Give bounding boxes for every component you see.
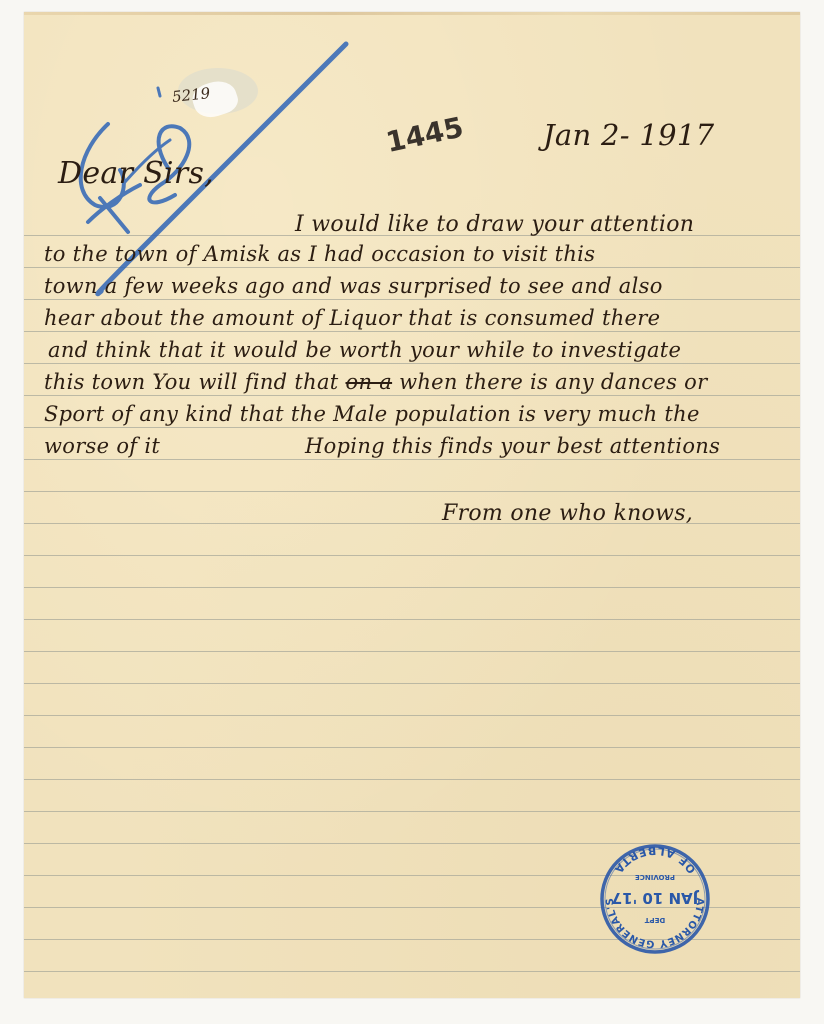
body-line-8: worse of it xyxy=(44,434,160,458)
body-line-6: this town You will find that on a when t… xyxy=(44,370,707,394)
body-line-6-start: this town You will find that xyxy=(44,370,339,394)
received-stamp: ATTORNEY GENERAL'S DEPT JAN 10 '17 PROVI… xyxy=(599,843,711,955)
body-line-6-end: when there is any dances or xyxy=(399,370,707,394)
stamp-dept: DEPT xyxy=(645,916,666,924)
salutation: Dear Sirs, xyxy=(58,156,214,191)
stamp-province: PROVINCE xyxy=(635,873,675,881)
closing-signature: From one who knows, xyxy=(442,501,693,526)
body-line-2: to the town of Amisk as I had occasion t… xyxy=(44,242,595,266)
body-line-1: I would like to draw your attention xyxy=(295,212,694,237)
scanned-page: 5219 1445 Jan 2- 1917 Dear Sirs, I would… xyxy=(0,0,824,1024)
svg-text:OF ALBERTA: OF ALBERTA xyxy=(611,844,698,876)
body-line-5: and think that it would be worth your wh… xyxy=(48,338,681,362)
struck-text: on a xyxy=(346,370,393,394)
body-line-4: hear about the amount of Liquor that is … xyxy=(44,306,660,330)
stamp-date: JAN 10 '17 xyxy=(612,889,700,907)
body-line-7: Sport of any kind that the Male populati… xyxy=(44,402,700,426)
body-line-9: Hoping this finds your best attentions xyxy=(305,434,720,458)
stamp-outer-bottom: OF ALBERTA xyxy=(611,844,698,876)
body-line-3: town a few weeks ago and was surprised t… xyxy=(44,274,663,298)
letter-date: Jan 2- 1917 xyxy=(543,118,714,152)
